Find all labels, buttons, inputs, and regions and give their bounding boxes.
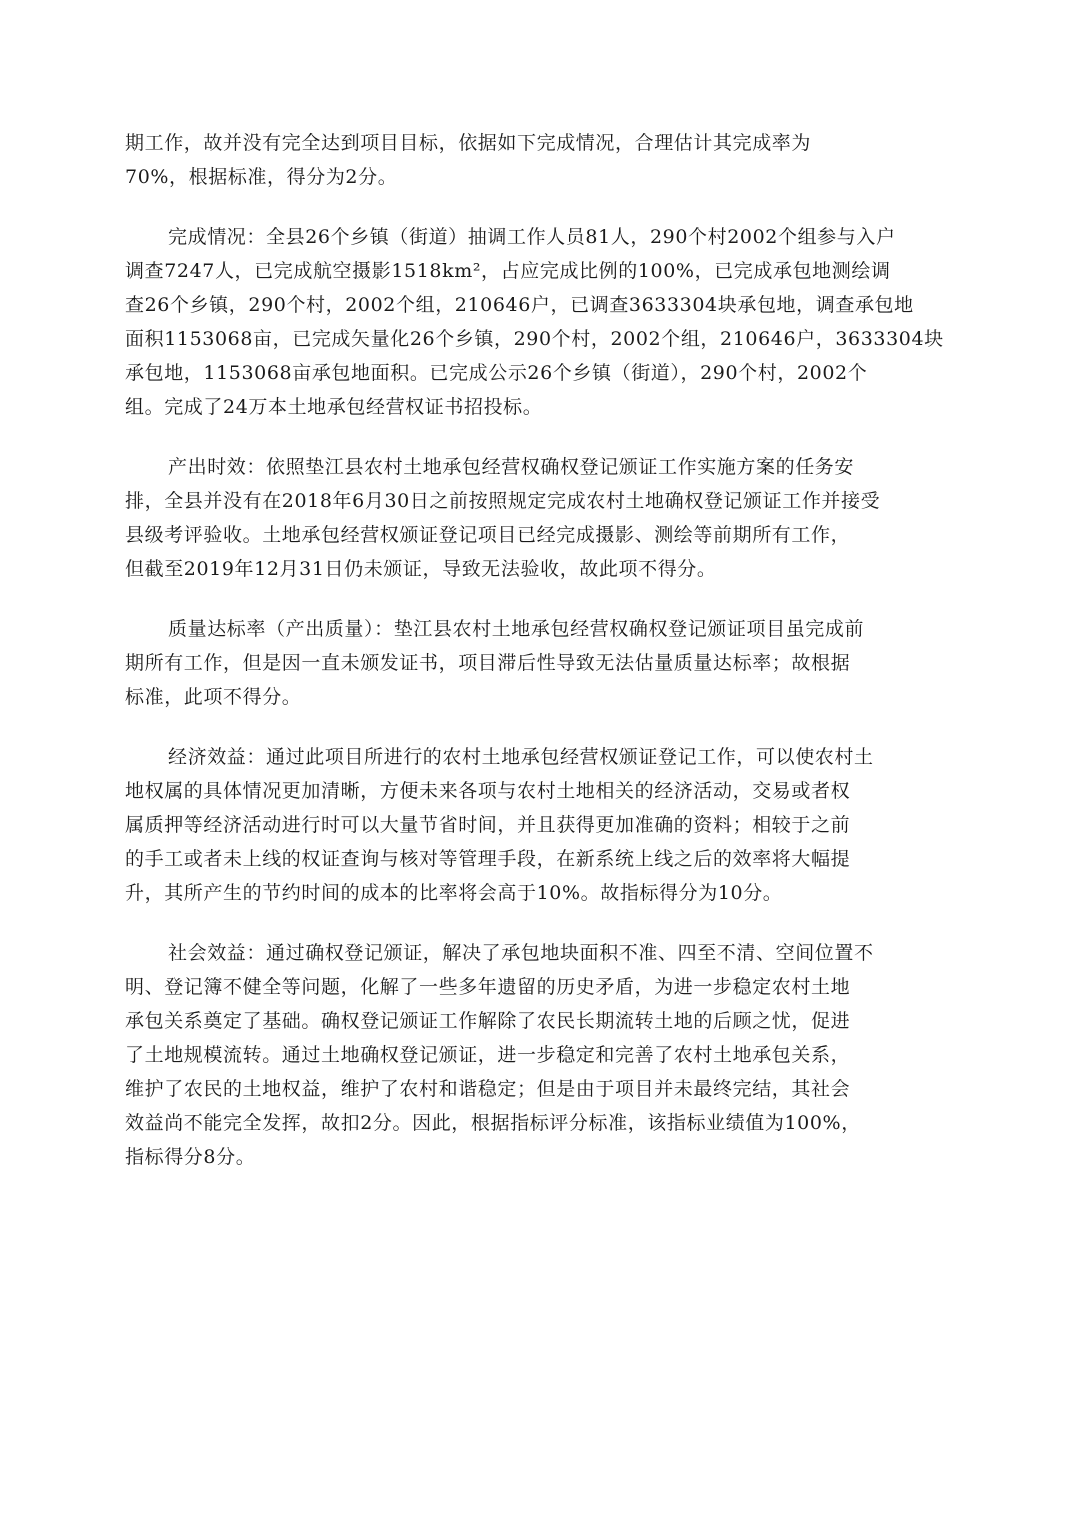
text-line: 维护了农民的土地权益，维护了农村和谐稳定；但是由于项目并未最终完结，其社会 [125, 1072, 955, 1106]
text-line: 明、登记簿不健全等问题，化解了一些多年遗留的历史矛盾，为进一步稳定农村土地 [125, 970, 955, 1004]
text-line: 期工作，故并没有完全达到项目目标，依据如下完成情况，合理估计其完成率为 [125, 126, 955, 160]
paragraph-output-timeliness: 产出时效：依照垫江县农村土地承包经营权确权登记颁证工作实施方案的任务安 排，全县… [125, 450, 955, 586]
text-line: 地权属的具体情况更加清晰，方便未来各项与农村土地相关的经济活动，交易或者权 [125, 774, 955, 808]
text-line: 但截至2019年12月31日仍未颁证，导致无法验收，故此项不得分。 [125, 552, 955, 586]
text-line: 排，全县并没有在2018年6月30日之前按照规定完成农村土地确权登记颁证工作并接… [125, 484, 955, 518]
text-line: 产出时效：依照垫江县农村土地承包经营权确权登记颁证工作实施方案的任务安 [125, 450, 955, 484]
text-line: 指标得分8分。 [125, 1140, 955, 1174]
paragraph-economic-benefit: 经济效益：通过此项目所进行的农村土地承包经营权颁证登记工作，可以使农村土 地权属… [125, 740, 955, 910]
text-line: 承包地，1153068亩承包地面积。已完成公示26个乡镇（街道），290个村，2… [125, 356, 955, 390]
paragraph-spacer [125, 194, 955, 220]
text-line: 组。完成了24万本土地承包经营权证书招投标。 [125, 390, 955, 424]
text-line: 升，其所产生的节约时间的成本的比率将会高于10%。故指标得分为10分。 [125, 876, 955, 910]
text-line: 面积1153068亩，已完成矢量化26个乡镇，290个村，2002个组，2106… [125, 322, 955, 356]
text-line: 县级考评验收。土地承包经营权颁证登记项目已经完成摄影、测绘等前期所有工作， [125, 518, 955, 552]
text-line: 经济效益：通过此项目所进行的农村土地承包经营权颁证登记工作，可以使农村土 [125, 740, 955, 774]
text-line: 查26个乡镇，290个村，2002个组，210646户，已调查3633304块承… [125, 288, 955, 322]
paragraph-quality-rate: 质量达标率（产出质量）：垫江县农村土地承包经营权确权登记颁证项目虽完成前 期所有… [125, 612, 955, 714]
document-page: 期工作，故并没有完全达到项目目标，依据如下完成情况，合理估计其完成率为 70%，… [0, 0, 1074, 1520]
paragraph-spacer [125, 910, 955, 936]
text-line: 期所有工作，但是因一直未颁发证书，项目滞后性导致无法估量质量达标率；故根据 [125, 646, 955, 680]
text-line: 社会效益：通过确权登记颁证，解决了承包地块面积不准、四至不清、空间位置不 [125, 936, 955, 970]
paragraph-completion-status: 完成情况：全县26个乡镇（街道）抽调工作人员81人，290个村2002个组参与入… [125, 220, 955, 424]
paragraph-spacer [125, 714, 955, 740]
text-line: 效益尚不能完全发挥，故扣2分。因此，根据指标评分标准，该指标业绩值为100%， [125, 1106, 955, 1140]
text-line: 调查7247人，已完成航空摄影1518km²，占应完成比例的100%，已完成承包… [125, 254, 955, 288]
text-line: 完成情况：全县26个乡镇（街道）抽调工作人员81人，290个村2002个组参与入… [125, 220, 955, 254]
text-line: 标准，此项不得分。 [125, 680, 955, 714]
document-body: 期工作，故并没有完全达到项目目标，依据如下完成情况，合理估计其完成率为 70%，… [125, 126, 955, 1174]
text-line: 70%，根据标准，得分为2分。 [125, 160, 955, 194]
text-line: 承包关系奠定了基础。确权登记颁证工作解除了农民长期流转土地的后顾之忧，促进 [125, 1004, 955, 1038]
text-line: 质量达标率（产出质量）：垫江县农村土地承包经营权确权登记颁证项目虽完成前 [125, 612, 955, 646]
paragraph-completion-rate: 期工作，故并没有完全达到项目目标，依据如下完成情况，合理估计其完成率为 70%，… [125, 126, 955, 194]
text-line: 了土地规模流转。通过土地确权登记颁证，进一步稳定和完善了农村土地承包关系， [125, 1038, 955, 1072]
paragraph-social-benefit: 社会效益：通过确权登记颁证，解决了承包地块面积不准、四至不清、空间位置不 明、登… [125, 936, 955, 1174]
paragraph-spacer [125, 424, 955, 450]
text-line: 的手工或者未上线的权证查询与核对等管理手段，在新系统上线之后的效率将大幅提 [125, 842, 955, 876]
text-line: 属质押等经济活动进行时可以大量节省时间，并且获得更加准确的资料；相较于之前 [125, 808, 955, 842]
paragraph-spacer [125, 586, 955, 612]
